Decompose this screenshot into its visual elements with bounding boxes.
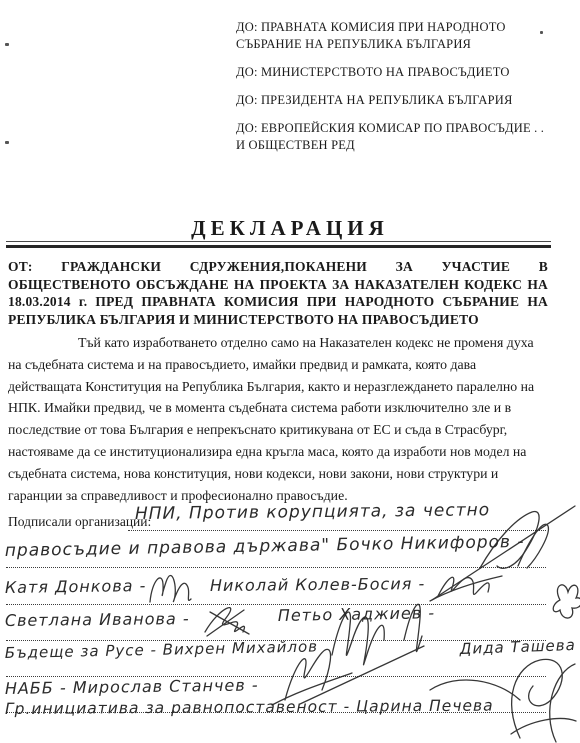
signature-scribble [205, 608, 249, 636]
recipients-block: ДО: ПРАВНАТА КОМИСИЯ ПРИ НАРОДНОТО СЪБРА… [236, 19, 566, 165]
scanned-declaration-page: ДО: ПРАВНАТА КОМИСИЯ ПРИ НАРОДНОТО СЪБРА… [0, 0, 580, 743]
handwritten-name-tasheva: Дида Ташева [459, 636, 576, 658]
handwritten-name-donkova: Катя Донкова - [5, 576, 147, 597]
body-paragraph: Тъй като изработването отделно само на Н… [8, 332, 548, 506]
title-underline-thick [6, 245, 551, 248]
signature-scribble [512, 659, 563, 738]
title-underline-thin [6, 241, 551, 242]
recipient-ministry-of-justice: ДО: МИНИСТЕРСТВОТО НА ПРАВОСЪДИЕТО [236, 64, 566, 81]
recipient-eu-commissioner: ДО: ЕВРОПЕЙСКИЯ КОМИСАР ПО ПРАВОСЪДИЕ . … [236, 120, 566, 154]
signature-dotted-line [6, 604, 546, 605]
signature-scribble [150, 576, 191, 602]
from-heading: ОТ: ГРАЖДАНСКИ СДРУЖЕНИЯ,ПОКАНЕНИ ЗА УЧА… [8, 258, 548, 328]
scan-speck [5, 141, 9, 144]
handwritten-name-kolev-bosiya: Николай Колев-Босия - [210, 574, 425, 595]
handwritten-org-equality-pecheva: Гр.инициатива за равнопоставеност - Цари… [5, 697, 494, 718]
signatories-label: Подписали организации: [8, 514, 151, 530]
handwritten-name-ivanova: Светлана Иванова - [5, 609, 190, 630]
signature-dotted-line [128, 530, 546, 531]
handwritten-org-nabb-stanchev: НАББ - Мирослав Станчев - [5, 675, 259, 698]
recipient-legal-committee: ДО: ПРАВНАТА КОМИСИЯ ПРИ НАРОДНОТО СЪБРА… [236, 19, 566, 53]
handwritten-name-hadzhiev: Петьо Хаджиев - [278, 603, 436, 625]
recipient-president: ДО: ПРЕЗИДЕНТА НА РЕПУБЛИКА БЪЛГАРИЯ [236, 92, 566, 109]
signature-dotted-line [6, 567, 546, 568]
signature-scribble [272, 649, 352, 705]
signature-scribble [430, 576, 502, 601]
handwritten-org-line-2: правосъдие и правова държава" Бочко Ники… [5, 532, 525, 561]
signature-scribble [553, 585, 580, 618]
scan-speck [5, 43, 9, 46]
document-title: ДЕКЛАРАЦИЯ [0, 216, 580, 241]
handwritten-org-line-1: НПИ, Против корупцията, за честно [135, 500, 490, 524]
handwritten-org-ruse-mihaylov: Бъдеще за Русе - Вихрен Михайлов [5, 637, 319, 662]
scan-speck [540, 31, 543, 34]
signature-scribble [300, 646, 424, 704]
